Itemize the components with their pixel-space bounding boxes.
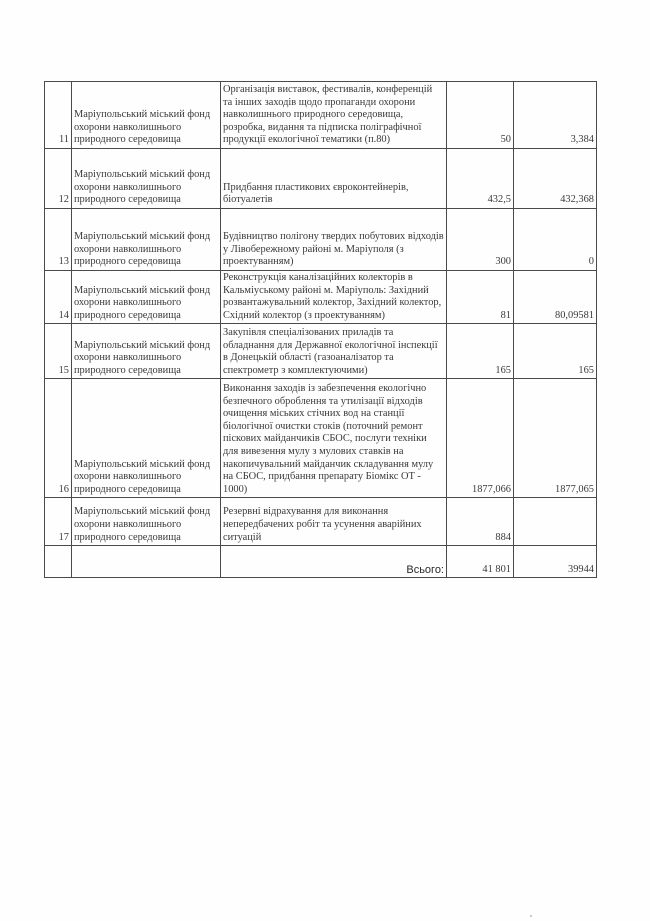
total-planned: 41 801: [447, 546, 514, 578]
organization-cell: Маріупольський міський фонд охорони навк…: [72, 324, 221, 379]
planned-amount: 300: [447, 209, 514, 271]
total-row: Всього: 41 801 39944: [45, 546, 597, 578]
actual-amount: 80,09581: [514, 271, 597, 324]
row-number: 14: [45, 271, 72, 324]
row-number: 11: [45, 82, 72, 149]
description-cell: Будівництво полігону твердих побутових в…: [221, 209, 447, 271]
planned-amount: 50: [447, 82, 514, 149]
table-row: 12 Маріупольський міський фонд охорони н…: [45, 149, 597, 209]
organization-cell: Маріупольський міський фонд охорони навк…: [72, 209, 221, 271]
organization-cell: Маріупольський міський фонд охорони навк…: [72, 82, 221, 149]
row-number: 16: [45, 379, 72, 498]
description-cell: Реконструкція каналізаційних колекторів …: [221, 271, 447, 324]
scan-speck: [530, 915, 532, 917]
organization-cell: Маріупольський міський фонд охорони навк…: [72, 379, 221, 498]
row-number: 12: [45, 149, 72, 209]
row-number: 15: [45, 324, 72, 379]
table-row: 16 Маріупольський міський фонд охорони н…: [45, 379, 597, 498]
actual-amount: [514, 498, 597, 546]
description-cell: Організація виставок, фестивалів, конфер…: [221, 82, 447, 149]
table-row: 17 Маріупольський міський фонд охорони н…: [45, 498, 597, 546]
planned-amount: 1877,066: [447, 379, 514, 498]
planned-amount: 432,5: [447, 149, 514, 209]
table-row: 14 Маріупольський міський фонд охорони н…: [45, 271, 597, 324]
description-cell: Придбання пластикових євроконтейнерів, б…: [221, 149, 447, 209]
total-actual: 39944: [514, 546, 597, 578]
organization-cell: Маріупольський міський фонд охорони навк…: [72, 498, 221, 546]
planned-amount: 165: [447, 324, 514, 379]
actual-amount: 432,368: [514, 149, 597, 209]
document-page: 11 Маріупольський міський фонд охорони н…: [0, 0, 650, 921]
description-cell: Резервні відрахування для виконання непе…: [221, 498, 447, 546]
description-cell: Виконання заходів із забезпечення еколог…: [221, 379, 447, 498]
actual-amount: 1877,065: [514, 379, 597, 498]
row-number: 17: [45, 498, 72, 546]
empty-cell: [45, 546, 72, 578]
organization-cell: Маріупольський міський фонд охорони навк…: [72, 271, 221, 324]
table-row: 11 Маріупольський міський фонд охорони н…: [45, 82, 597, 149]
planned-amount: 884: [447, 498, 514, 546]
planned-amount: 81: [447, 271, 514, 324]
table-row: 15 Маріупольський міський фонд охорони н…: [45, 324, 597, 379]
organization-cell: Маріупольський міський фонд охорони навк…: [72, 149, 221, 209]
empty-cell: [72, 546, 221, 578]
row-number: 13: [45, 209, 72, 271]
description-cell: Закупівля спеціалізованих приладів та об…: [221, 324, 447, 379]
environmental-fund-table: 11 Маріупольський міський фонд охорони н…: [44, 81, 597, 578]
actual-amount: 3,384: [514, 82, 597, 149]
total-label: Всього:: [221, 546, 447, 578]
actual-amount: 165: [514, 324, 597, 379]
table-row: 13 Маріупольський міський фонд охорони н…: [45, 209, 597, 271]
actual-amount: 0: [514, 209, 597, 271]
